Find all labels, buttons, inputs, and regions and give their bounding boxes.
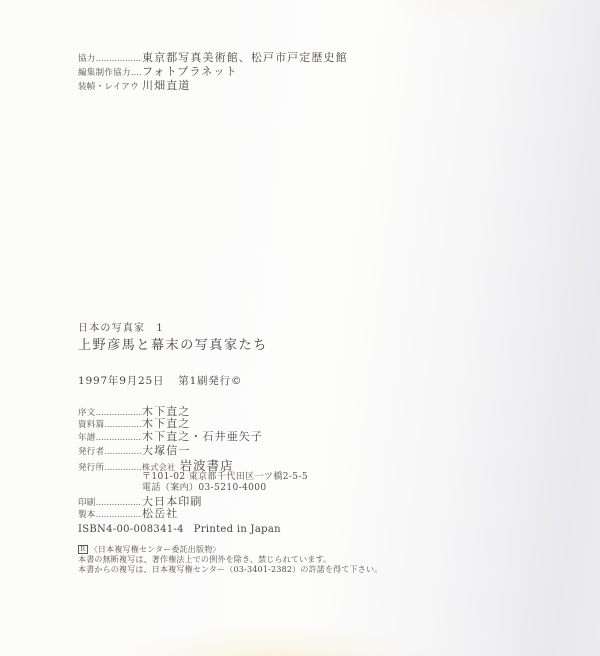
credit-row-materials: 資料篇…………………………………………………… 木下直之 <box>78 418 498 430</box>
edition-date: 1997年9月25日 <box>78 375 164 387</box>
publisher-company: 岩波書店 <box>180 460 234 472</box>
credit-value: 川畑直道 <box>142 79 190 93</box>
credit-value: 木下直之・石井亜矢子 <box>142 431 263 443</box>
credit-label: 序文 <box>78 407 96 419</box>
credit-row-cooperation: 協力…………………………………………………… 東京都写真美術館、松戸市戸定歴史館 <box>78 51 478 65</box>
dot-leader: …………………………………………………… <box>96 509 142 521</box>
dot-leader: …………………………………………………… <box>96 497 142 509</box>
dot-leader: …………………………………………………… <box>104 446 142 458</box>
credit-row-binding: 製本…………………………………………………… 松岳社 <box>78 508 498 520</box>
dot-leader: …………………………………………………… <box>96 52 142 66</box>
edition-line: 1997年9月25日第1刷発行© <box>78 373 478 388</box>
dot-leader: …………………………………………………… <box>96 407 142 419</box>
credit-label: 製本 <box>78 509 96 521</box>
edition-note: 第1刷発行© <box>178 375 242 387</box>
dot-leader: …………………………………………………… <box>104 419 142 431</box>
credit-label: 年譜 <box>78 432 96 444</box>
publisher-address: 〒101-02 東京都千代田区一ツ橋2-5-5 <box>142 472 498 483</box>
credit-label: 協力 <box>78 52 96 66</box>
notice-title: 〈日本複写権センター委託出版物〉 <box>90 545 221 554</box>
credit-value: 松岳社 <box>142 508 178 520</box>
staff-publisher-credits: 序文…………………………………………………… 木下直之 資料篇………………………… <box>78 406 498 521</box>
credit-row-chronology: 年譜…………………………………………………… 木下直之・石井亜矢子 <box>78 431 498 443</box>
credit-label: 印刷 <box>78 497 96 509</box>
credit-label: 編集制作協力 <box>78 66 131 80</box>
credit-row-editorial: 編集制作協力…………………………………………………… フォトプラネット <box>78 65 478 79</box>
printed-in-japan: Printed in Japan <box>194 524 281 535</box>
credit-row-design: 装幀・レイアウト…………………………………………………… 川畑直道 <box>78 79 478 93</box>
isbn-number: ISBN4-00-008341-4 <box>78 524 184 535</box>
credit-label: 発行者 <box>78 446 104 458</box>
credit-row-issuer: 発行者…………………………………………………… 大塚信一 <box>78 445 498 457</box>
production-credits: 協力…………………………………………………… 東京都写真美術館、松戸市戸定歴史館… <box>78 51 478 93</box>
credit-value: 東京都写真美術館、松戸市戸定歴史館 <box>142 51 348 65</box>
notice-line-1: 本書の無断複写は、著作権法上での例外を除き、禁じられています。 <box>78 555 382 565</box>
copyright-notice: R〈日本複写権センター委託出版物〉 本書の無断複写は、著作権法上での例外を除き、… <box>78 545 382 575</box>
jrrc-r-mark: R <box>78 545 88 554</box>
credit-label: 資料篇 <box>78 419 104 431</box>
credit-row-printing: 印刷…………………………………………………… 大日本印刷 <box>78 496 498 508</box>
credit-row-preface: 序文…………………………………………………… 木下直之 <box>78 406 498 418</box>
credit-row-publisher: 発行所…………………………………………………… 株式会社岩波書店 <box>78 460 498 472</box>
publisher-phone: 電話（案内）03-5210-4000 <box>142 483 498 494</box>
credit-label: 装幀・レイアウト <box>78 80 142 94</box>
notice-line-2: 本書からの複写は、日本複写権センター（03-3401-2382）の許諾を得て下さ… <box>78 565 382 575</box>
isbn-line: ISBN4-00-008341-4Printed in Japan <box>78 524 281 535</box>
book-title: 上野彦馬と幕末の写真家たち <box>78 338 478 354</box>
dot-leader: …………………………………………………… <box>131 66 142 80</box>
colophon-page: 協力…………………………………………………… 東京都写真美術館、松戸市戸定歴史館… <box>0 0 600 656</box>
title-block: 日本の写真家 1 上野彦馬と幕末の写真家たち 1997年9月25日第1刷発行© <box>78 322 478 388</box>
credit-value: 木下直之 <box>142 418 190 430</box>
notice-title-line: R〈日本複写権センター委託出版物〉 <box>78 545 382 555</box>
dot-leader: …………………………………………………… <box>96 432 142 444</box>
dot-leader: …………………………………………………… <box>104 462 142 474</box>
credit-value: 大塚信一 <box>142 445 190 457</box>
credit-value: フォトプラネット <box>142 65 238 79</box>
credit-label: 発行所 <box>78 462 104 474</box>
series-title: 日本の写真家 1 <box>78 322 478 335</box>
